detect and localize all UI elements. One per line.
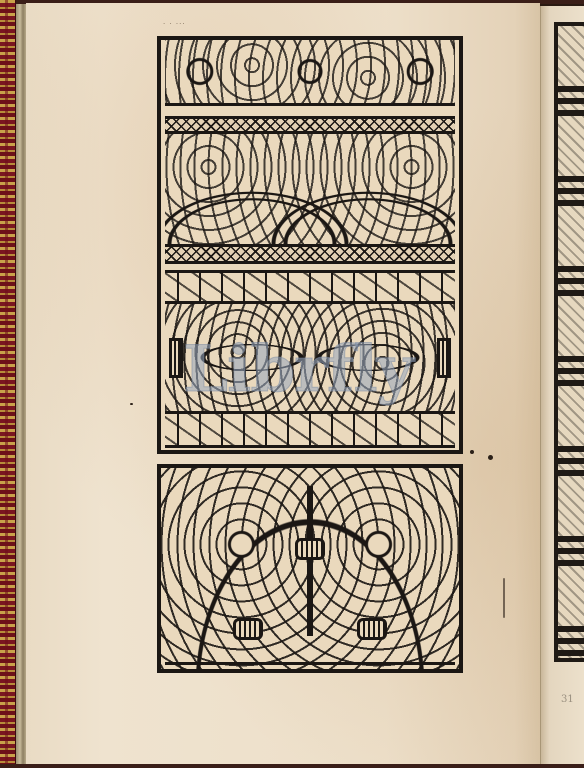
left-column-cap bbox=[169, 338, 183, 378]
central-urn bbox=[295, 538, 325, 560]
book-photo: · · ··· Librfly 31 bbox=[0, 0, 584, 768]
vine-border-upper bbox=[165, 270, 455, 304]
bottom-edge-shadow bbox=[0, 764, 584, 768]
ornate-foliage-band bbox=[165, 304, 455, 414]
rosette-scroll-frieze bbox=[165, 40, 455, 106]
page-block-edges bbox=[16, 4, 26, 764]
top-ink-marks: · · ··· bbox=[163, 20, 186, 28]
gilt-binding-edge bbox=[0, 0, 16, 768]
central-stem bbox=[307, 486, 313, 636]
right-lower-knob bbox=[357, 618, 387, 640]
upper-woodcut-panel bbox=[157, 36, 463, 454]
lattice-border-top bbox=[165, 116, 455, 134]
lower-woodcut-panel bbox=[157, 464, 463, 673]
page-number: 31 bbox=[561, 694, 574, 705]
right-page-woodcut bbox=[554, 22, 584, 662]
woodcut-illustration bbox=[157, 36, 463, 673]
bottom-rule bbox=[165, 662, 455, 665]
ink-spot bbox=[488, 455, 493, 460]
right-column-cap bbox=[437, 338, 451, 378]
acanthus-arch-frieze bbox=[165, 134, 455, 244]
ink-spot bbox=[130, 403, 133, 405]
vine-border-lower bbox=[165, 414, 455, 448]
lattice-border-bottom bbox=[165, 244, 455, 264]
ink-spot bbox=[470, 450, 474, 454]
ink-stroke bbox=[503, 578, 505, 618]
left-lower-knob bbox=[233, 618, 263, 640]
